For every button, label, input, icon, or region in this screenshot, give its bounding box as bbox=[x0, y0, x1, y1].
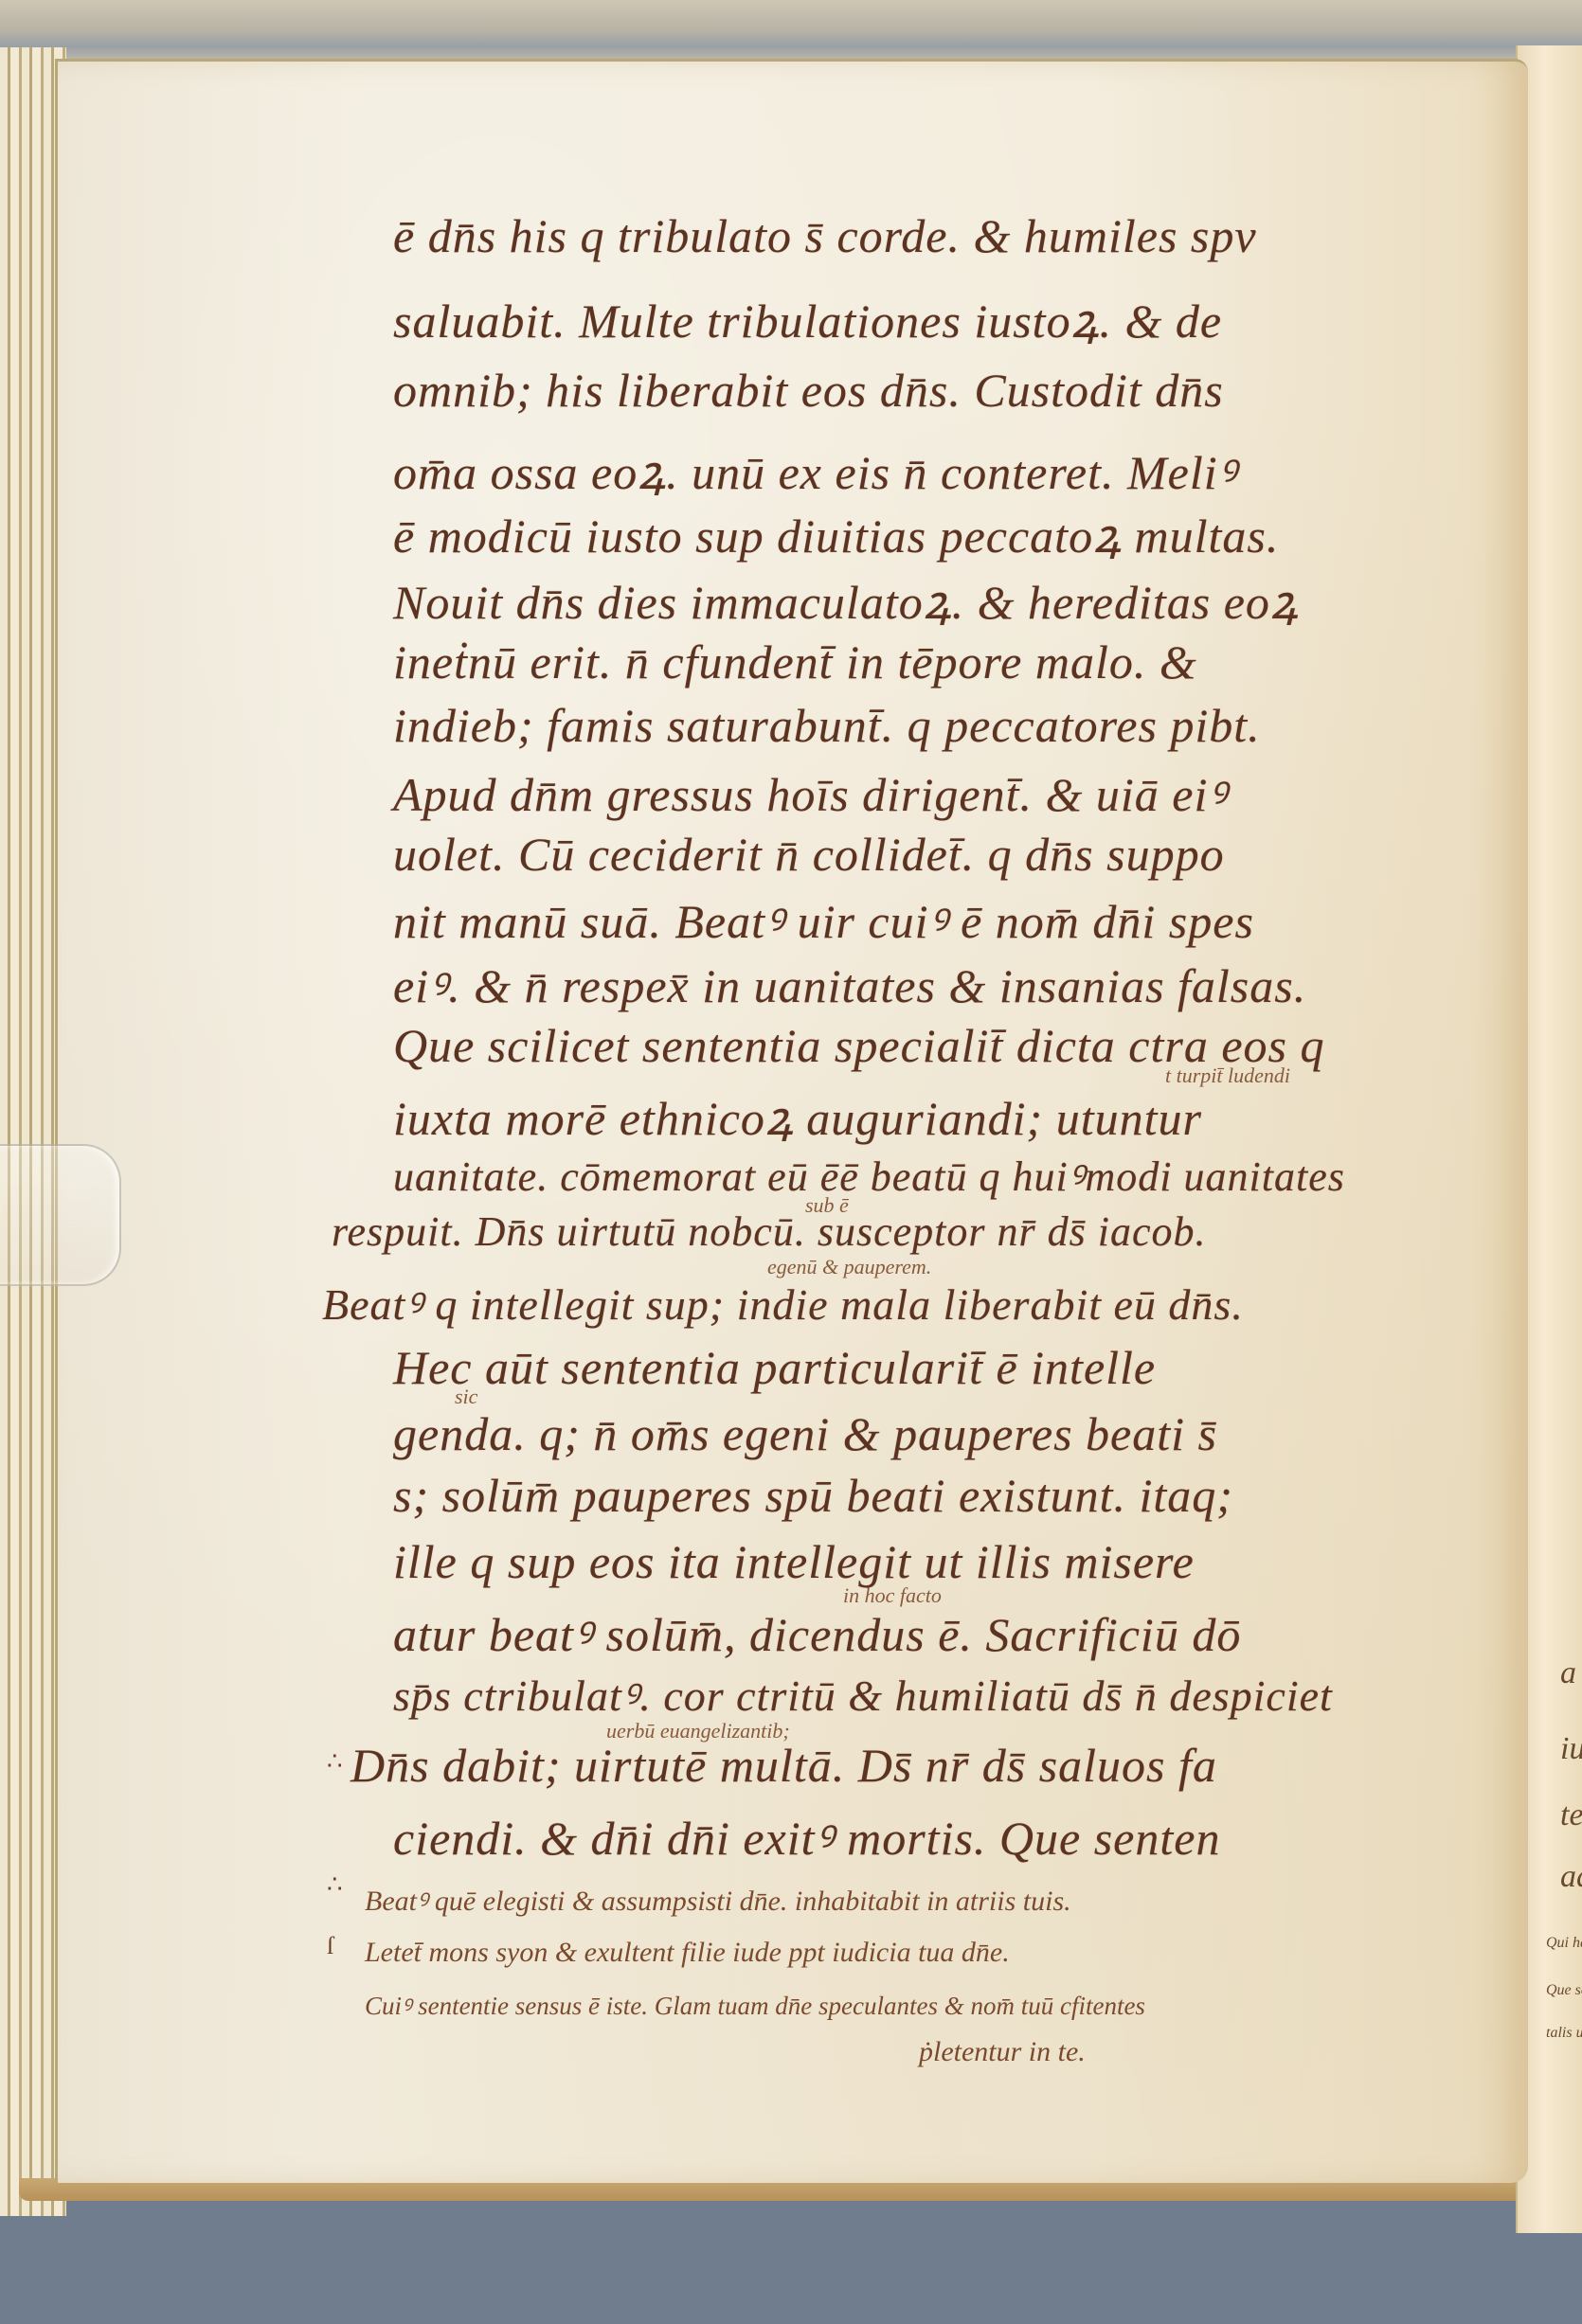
text-line: uolet. Cū ceciderit n̄ collidet̄. q dn̄s… bbox=[393, 827, 1225, 882]
text-line: nit manū suā. Beatꝰ uir cuiꝰ ē nom̄ dn̄i… bbox=[393, 887, 1254, 952]
text-line: respuit. Dn̄s uirtutū nobcū. susceptor n… bbox=[332, 1207, 1206, 1256]
text-line: ciendi. & dn̄i dn̄i exitꝰ mortis. Que se… bbox=[393, 1804, 1220, 1868]
text-line: ineṫnū erit. n̄ cfundent̄ in tēpore malo… bbox=[393, 635, 1197, 689]
text-line: Apud dn̄m gressus hoīs dirigent̄. & uiā … bbox=[393, 760, 1227, 825]
adjacent-fragment: a bbox=[1560, 1655, 1582, 1691]
text-line: omnib; his liberabit eos dn̄s. Custodit … bbox=[393, 363, 1224, 418]
marginal-note-line: ṗletentur in te. bbox=[919, 2036, 1086, 2068]
adjacent-fragment: tes bbox=[1560, 1797, 1582, 1833]
signe-de-renvoi-mark: ſ bbox=[327, 1932, 333, 1960]
text-line: atur beatꝰ solūm̄, dicendus ē. Sacrifici… bbox=[393, 1600, 1241, 1665]
text-line: ē dn̄s his q tribulato s̄ corde. & humil… bbox=[393, 208, 1257, 263]
text-line: Hec aūt sententia particularit̄ ē intell… bbox=[393, 1340, 1156, 1395]
text-line: sp̄s ctribulatꝰ. cor ctritū & humiliatū … bbox=[393, 1665, 1333, 1724]
text-line: saluabit. Multe tribulationes iustoꝝ. & … bbox=[393, 287, 1222, 351]
scan-backdrop-top bbox=[0, 0, 1582, 66]
adjacent-fragment: Que sententia bbox=[1546, 1982, 1582, 1999]
text-line: Beatꝰ q intellegit sup; indie mala liber… bbox=[322, 1274, 1244, 1332]
text-line: genda. q; n̄ om̄s egeni & pauperes beati… bbox=[393, 1406, 1217, 1461]
text-line: Dn̄s dabit; uirtutē multā. Ds̄ nr̄ ds̄ s… bbox=[351, 1738, 1217, 1793]
text-line: Nouit dn̄s dies immaculatoꝝ. & hereditas… bbox=[393, 568, 1299, 633]
text-line: indieb; famis saturabunt̄. q peccatores … bbox=[393, 698, 1261, 753]
adjacent-fragment: iu bbox=[1560, 1731, 1582, 1767]
transparent-page-clip bbox=[0, 1144, 121, 1286]
text-line: om̄a ossa eoꝝ. unū ex eis n̄ conteret. M… bbox=[393, 438, 1237, 503]
adjacent-fragment: adfa bbox=[1560, 1859, 1582, 1895]
marginal-note-line: Letet̄ mons syon & exultent filie iude p… bbox=[365, 1937, 1010, 1969]
text-line: uanitate. cōmemorat eū ēē beatū q huiꝰmo… bbox=[393, 1146, 1345, 1203]
marginal-note-line: Beatꝰ quē elegisti & assumpsisti dn̄e. i… bbox=[365, 1880, 1071, 1919]
text-line: iuxta morē ethnicoꝝ auguriandi; utuntur bbox=[393, 1084, 1202, 1149]
text-line: ē modicū iusto sup diuitias peccatoꝝ mul… bbox=[393, 502, 1279, 566]
text-line: eiꝰ. & n̄ respex̄ in uanitates & insania… bbox=[393, 952, 1306, 1016]
signe-de-renvoi-mark: ∴ bbox=[327, 1870, 343, 1899]
text-line: s; solūm̄ pauperes spū beati existunt. i… bbox=[393, 1468, 1233, 1523]
adjacent-fragment: talis uir bbox=[1546, 2025, 1582, 2042]
marginal-note-line: Cuiꝰ sententie sensus ē iste. Glam tuam … bbox=[365, 1987, 1145, 2022]
text-line: ille q sup eos ita intellegit ut illis m… bbox=[393, 1534, 1195, 1589]
adjacent-fragment: Qui habetis bbox=[1546, 1935, 1582, 1952]
signe-de-renvoi-mark: ∴ bbox=[327, 1747, 343, 1776]
